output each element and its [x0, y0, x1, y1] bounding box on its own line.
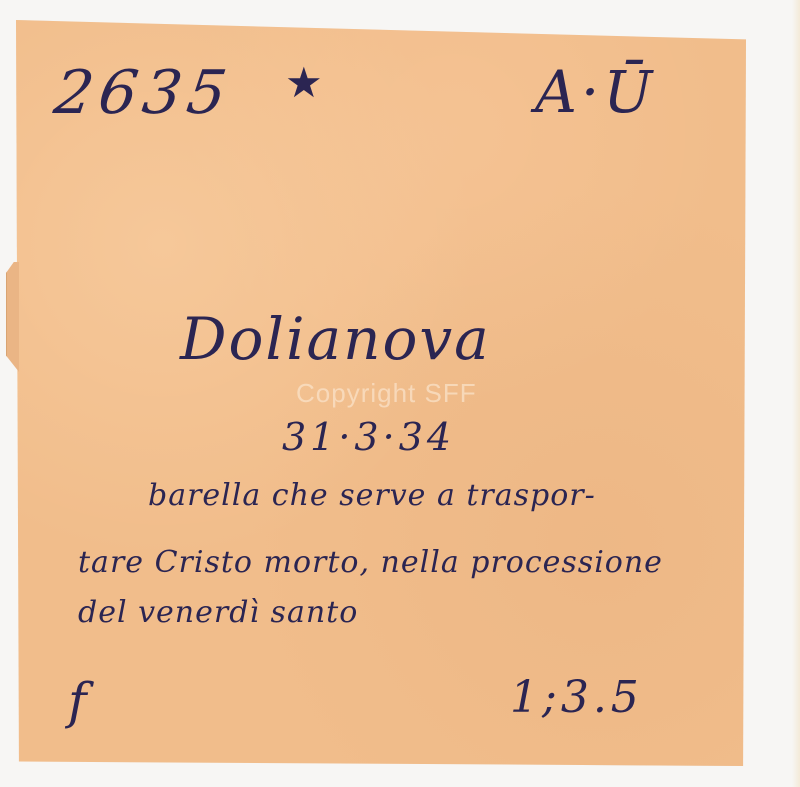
description-line: tare Cristo morto, nella processione — [78, 545, 663, 580]
catalog-number: 2635 — [50, 58, 237, 128]
description-line: barella che serve a traspor- — [148, 478, 596, 513]
description-line: del venerdì santo — [78, 595, 358, 630]
copyright-watermark: Copyright SFF — [296, 378, 477, 409]
place-name: Dolianova — [180, 305, 491, 373]
background-edge — [792, 0, 800, 787]
classification-code: A·Ū — [535, 58, 656, 126]
star-icon: ★ — [285, 58, 324, 107]
scale-ratio: 1;3.5 — [510, 672, 643, 723]
bottom-left-mark: f — [68, 672, 88, 730]
paper-fold — [6, 262, 19, 372]
date: 31·3·34 — [282, 415, 455, 459]
